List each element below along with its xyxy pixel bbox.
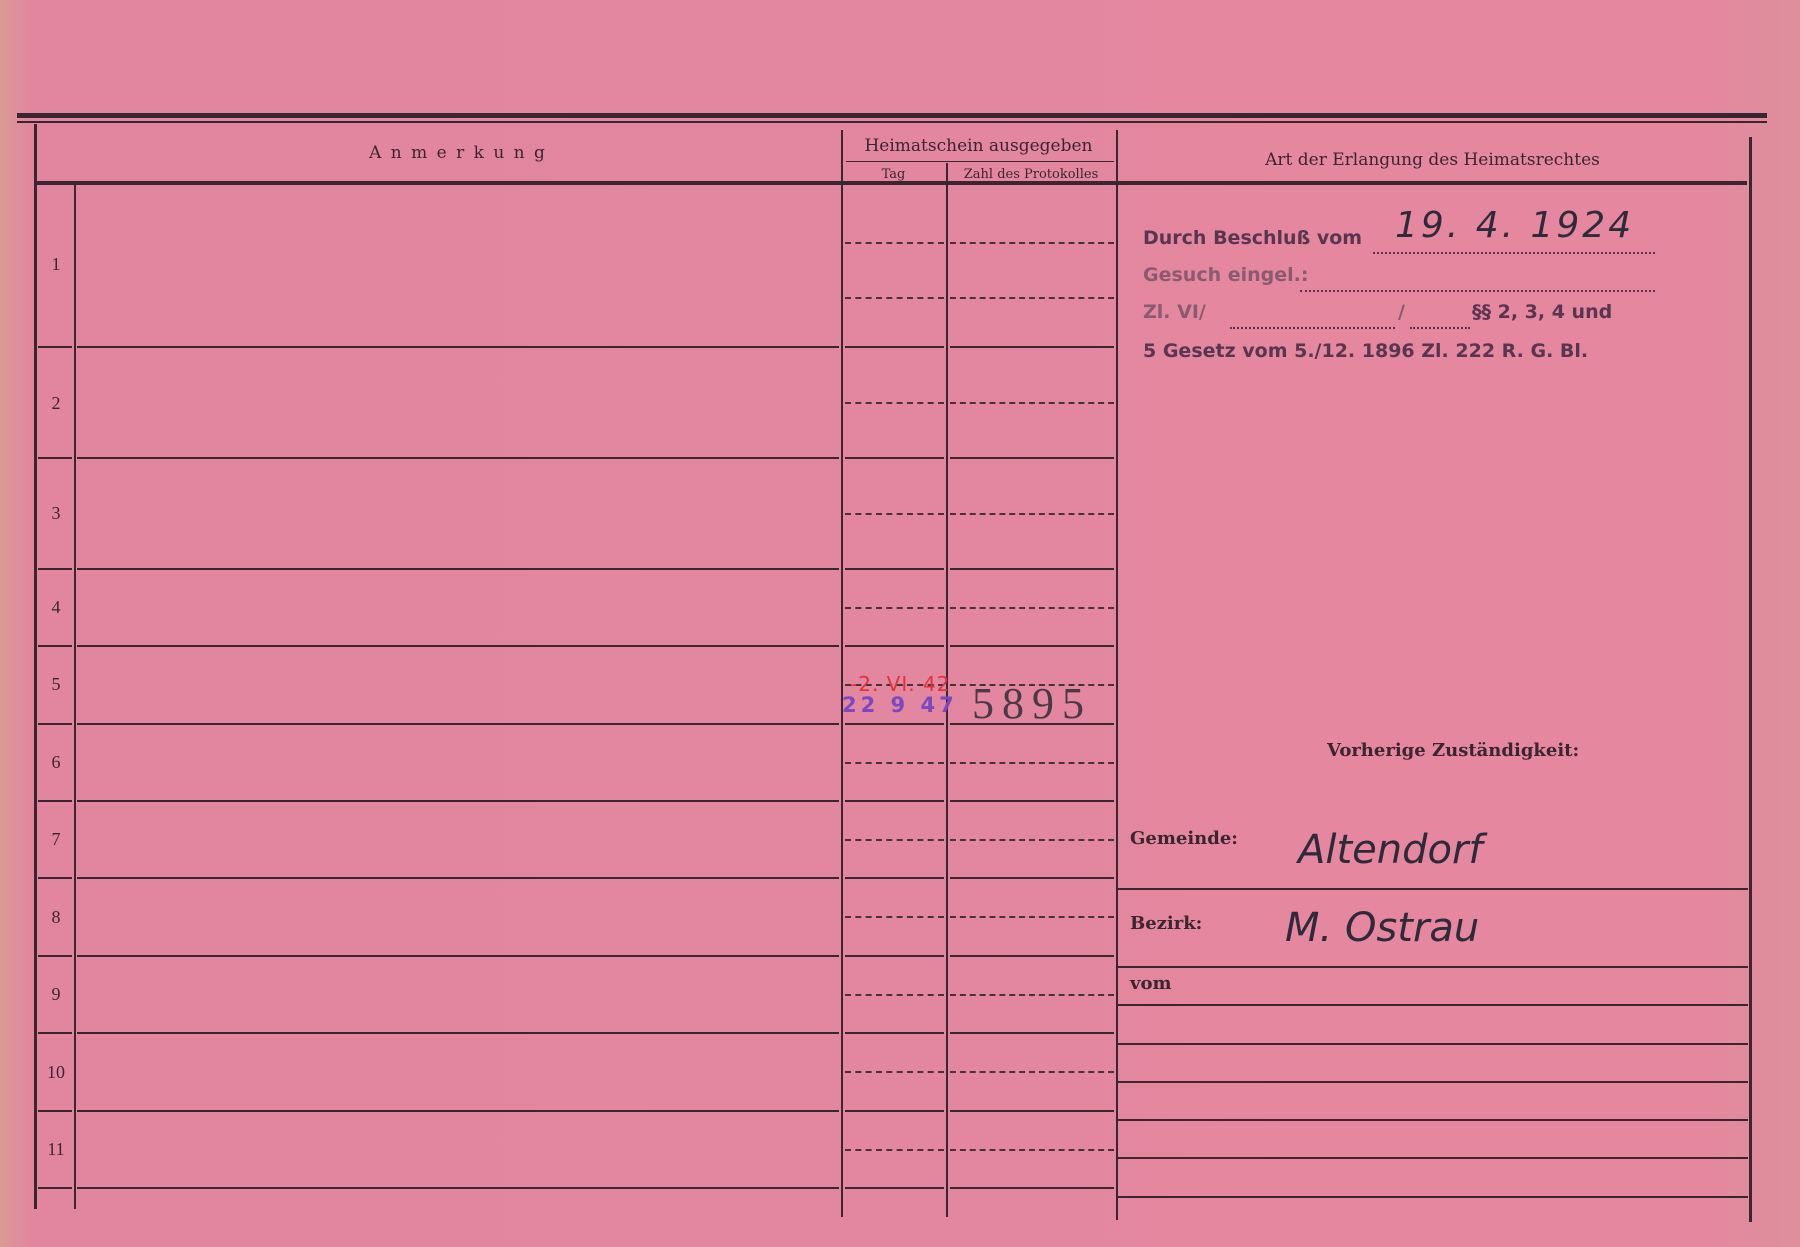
art-rule <box>1118 1119 1748 1121</box>
header-zahl: Zahl des Protokolles <box>946 167 1116 182</box>
row-separator <box>950 457 1114 459</box>
row-separator <box>38 1187 72 1189</box>
row-number: 7 <box>38 829 74 850</box>
row-separator <box>77 1032 839 1034</box>
row-separator <box>38 877 72 879</box>
row-separator <box>77 346 839 348</box>
row-number: 1 <box>38 254 74 275</box>
header-tag: Tag <box>841 167 946 182</box>
row-separator <box>845 457 944 459</box>
bezirk-rule <box>1118 966 1748 968</box>
row-dash <box>950 994 1114 996</box>
row-separator <box>77 1187 839 1189</box>
row-separator <box>38 1110 72 1112</box>
row-separator <box>77 723 839 725</box>
row-number: 5 <box>38 674 74 695</box>
gesuch-line[interactable] <box>1300 290 1655 292</box>
right-border <box>1749 137 1752 1222</box>
header-bottom-rule <box>37 181 1747 185</box>
vom-label: vom <box>1130 973 1172 994</box>
row-separator <box>845 955 944 957</box>
row-dash <box>845 607 944 609</box>
row-dash <box>950 1071 1114 1073</box>
row-separator <box>77 645 839 647</box>
row-separator <box>38 955 72 957</box>
header-heimatschein: Heimatschein ausgegeben <box>841 136 1116 156</box>
row-separator <box>38 457 72 459</box>
zl-slash: / <box>1398 301 1405 323</box>
row-separator <box>77 800 839 802</box>
row-separator <box>77 457 839 459</box>
gemeinde-value[interactable]: Altendorf <box>1298 827 1483 873</box>
row-number: 6 <box>38 752 74 773</box>
row-dash <box>845 994 944 996</box>
row-separator <box>845 1110 944 1112</box>
row-number: 10 <box>38 1062 74 1083</box>
row-separator <box>950 568 1114 570</box>
top-rule-thick <box>17 113 1767 118</box>
row-separator <box>845 800 944 802</box>
row-dash <box>845 839 944 841</box>
row-dash <box>950 402 1114 404</box>
rownum-divider <box>74 185 76 1209</box>
row-number: 2 <box>38 393 74 414</box>
row-separator <box>950 800 1114 802</box>
row-dash <box>845 1149 944 1151</box>
art-column-left <box>1116 130 1118 1220</box>
zustaendigkeit-title: Vorherige Zuständigkeit: <box>1327 740 1579 761</box>
row-dash <box>950 513 1114 515</box>
bezirk-value[interactable]: M. Ostrau <box>1285 905 1479 951</box>
row-dash <box>950 762 1114 764</box>
row-separator <box>845 1187 944 1189</box>
beschluss-date[interactable]: 19. 4. 1924 <box>1395 205 1634 246</box>
header-anmerkung: A n m e r k u n g <box>75 143 841 163</box>
paragraphs: §§ 2, 3, 4 und <box>1472 301 1612 323</box>
row-separator <box>950 955 1114 957</box>
row-separator <box>38 568 72 570</box>
row-separator <box>845 723 944 725</box>
zl-line-1[interactable] <box>1230 327 1395 329</box>
row-separator <box>950 1110 1114 1112</box>
row-separator <box>950 645 1114 647</box>
row-separator <box>38 1032 72 1034</box>
row-dash <box>845 242 944 244</box>
top-rule-thin <box>17 121 1767 123</box>
art-rule <box>1118 1196 1748 1198</box>
row-separator <box>845 568 944 570</box>
gemeinde-label: Gemeinde: <box>1130 828 1238 849</box>
row-separator <box>845 1032 944 1034</box>
beschluss-line <box>1373 252 1655 254</box>
row-dash <box>950 607 1114 609</box>
gesuch-label: Gesuch eingel.: <box>1143 264 1308 286</box>
art-rule <box>1118 1157 1748 1159</box>
gemeinde-rule <box>1118 888 1748 890</box>
tag-column-left <box>841 130 843 1217</box>
row-separator <box>845 346 944 348</box>
row-dash <box>950 1149 1114 1151</box>
art-rule <box>1118 1043 1748 1045</box>
row-separator <box>950 1187 1114 1189</box>
row-separator <box>845 645 944 647</box>
row-dash <box>845 513 944 515</box>
row-number: 9 <box>38 984 74 1005</box>
row-dash <box>845 297 944 299</box>
header-sub-rule <box>846 161 1114 162</box>
row-dash <box>950 916 1114 918</box>
row-separator <box>77 955 839 957</box>
row-number: 4 <box>38 597 74 618</box>
row-separator <box>38 346 72 348</box>
row-separator <box>950 346 1114 348</box>
header-art: Art der Erlangung des Heimatsrechtes <box>1116 150 1749 170</box>
left-border <box>34 124 37 1209</box>
row-separator <box>77 568 839 570</box>
row-dash <box>950 839 1114 841</box>
row-dash <box>950 297 1114 299</box>
row-separator <box>38 645 72 647</box>
protokoll-number: 5895 <box>972 678 1092 729</box>
row-dash <box>845 1071 944 1073</box>
zl-label: Zl. VI/ <box>1143 301 1206 323</box>
vom-rule <box>1118 1004 1748 1006</box>
form-card: A n m e r k u n g Heimatschein ausgegebe… <box>0 0 1800 1247</box>
row-separator <box>950 1032 1114 1034</box>
gesetz-ref: 5 Gesetz vom 5./12. 1896 Zl. 222 R. G. B… <box>1143 340 1588 362</box>
row-dash <box>950 242 1114 244</box>
row-separator <box>77 877 839 879</box>
row-dash <box>845 402 944 404</box>
tag-stamp-violet: 22 9 47 <box>842 693 958 717</box>
row-number: 3 <box>38 503 74 524</box>
row-separator <box>950 877 1114 879</box>
row-dash <box>845 762 944 764</box>
beschluss-label: Durch Beschluß vom <box>1143 227 1362 249</box>
row-number: 8 <box>38 907 74 928</box>
bezirk-label: Bezirk: <box>1130 913 1202 934</box>
row-dash <box>845 916 944 918</box>
row-number: 11 <box>38 1139 74 1160</box>
row-separator <box>38 723 72 725</box>
art-rule <box>1118 1081 1748 1083</box>
row-separator <box>845 877 944 879</box>
row-separator <box>38 800 72 802</box>
zl-line-2[interactable] <box>1410 327 1470 329</box>
row-separator <box>77 1110 839 1112</box>
